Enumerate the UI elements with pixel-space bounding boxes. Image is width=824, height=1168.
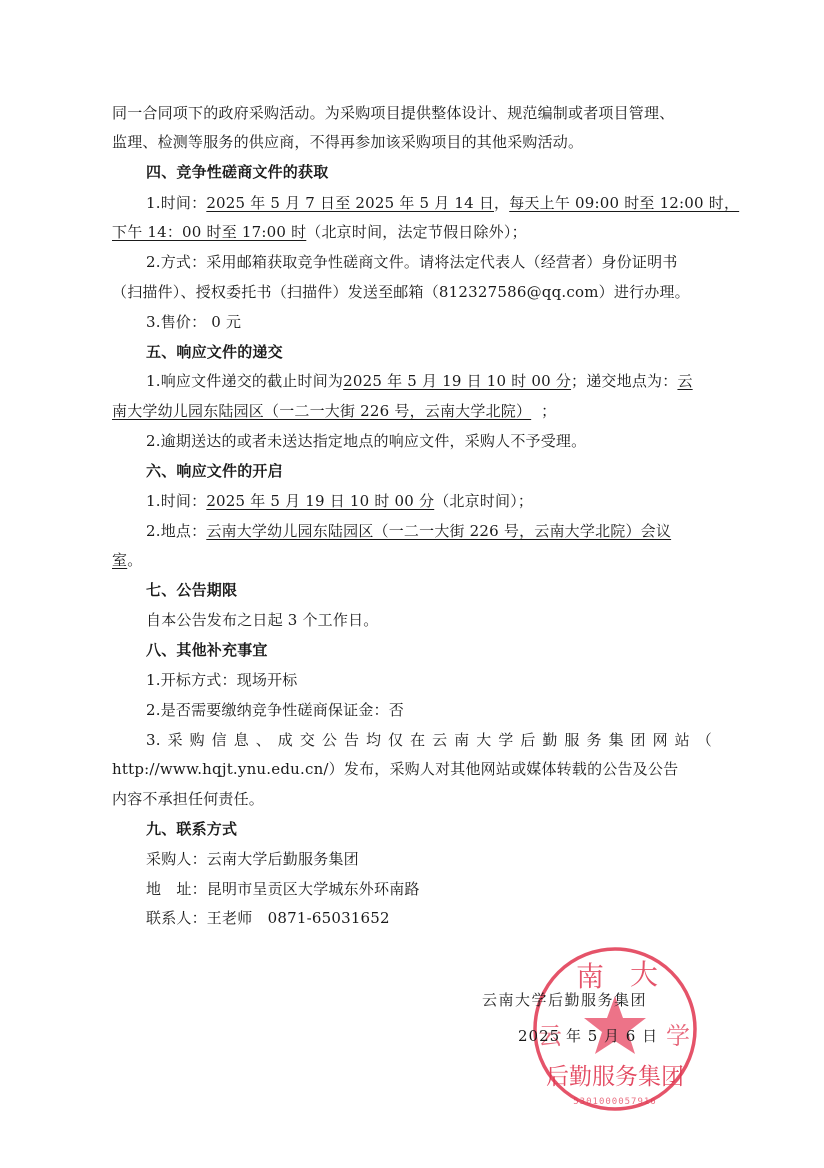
section-6-place-line-2: 室。 [112, 550, 712, 570]
section-9-title: 九、联系方式 [146, 819, 746, 839]
time-range: 2025 年 5 月 7 日至 2025 年 5 月 14 日 [206, 194, 494, 212]
open-place-prefix: 2.地点： [146, 522, 206, 540]
open-time-suffix: （北京时间）； [434, 492, 533, 510]
section-7-title: 七、公告期限 [146, 580, 746, 600]
contact-person: 联系人：王老师 0871-65031652 [146, 908, 746, 928]
contact-buyer: 采购人：云南大学后勤服务集团 [146, 849, 746, 869]
char: 3. [146, 730, 161, 750]
continuation-line-1: 同一合同项下的政府采购活动。为采购项目提供整体设计、规范编制或者项目管理、 [112, 103, 712, 123]
section-6-time: 1.时间：2025 年 5 月 19 日 10 时 00 分（北京时间）； [146, 491, 746, 511]
signature-org: 云南大学后勤服务集团 [482, 990, 647, 1010]
section-4-price: 3.售价： 0 元 [146, 312, 746, 332]
section-5-item-2: 2.逾期送达的或者未送达指定地点的响应文件，采购人不予受理。 [146, 431, 746, 451]
section-4-time-line: 1.时间：2025 年 5 月 7 日至 2025 年 5 月 14 日，每天上… [146, 193, 746, 213]
seal-char-top-right: 大 [630, 958, 658, 991]
section-6-place: 2.地点：云南大学幼儿园东陆园区（一二一大街 226 号，云南大学北院）会议 [146, 521, 746, 541]
section-4-method-line-2: （扫描件）、授权委托书（扫描件）发送至邮箱（812327586@qq.com）进… [112, 282, 712, 302]
char: 、 [256, 730, 271, 750]
open-place-value-end: 室 [112, 551, 127, 569]
char: 仅 [388, 730, 403, 750]
char: 采 [168, 730, 183, 750]
char: 南 [454, 730, 469, 750]
seal-bottom-text: 后勤服务集团 [546, 1064, 684, 1090]
section-5-item-1-line-2: 南大学幼儿园东陆园区（一二一大街 226 号，云南大学北院） ； [112, 401, 712, 421]
section-6-title: 六、响应文件的开启 [146, 461, 746, 481]
char: 云 [432, 730, 447, 750]
place-value: 南大学幼儿园东陆园区（一二一大街 226 号，云南大学北院） [112, 402, 531, 420]
open-place-value: 云南大学幼儿园东陆园区（一二一大街 226 号，云南大学北院）会议 [206, 522, 671, 540]
open-time-prefix: 1.时间： [146, 492, 206, 510]
section-4-method-line-1: 2.方式：采用邮箱获取竞争性磋商文件。请将法定代表人（经营者）身份证明书 [146, 252, 746, 272]
char: 团 [631, 730, 646, 750]
section-8-item-3-line-3: 内容不承担任何责任。 [112, 789, 712, 809]
time-afternoon: 下午 14：00 时至 17:00 时 [112, 223, 306, 241]
section-8-title: 八、其他补充事宜 [146, 640, 746, 660]
seal-char-top-left: 南 [576, 960, 604, 993]
section-7-text: 自本公告发布之日起 3 个工作日。 [146, 610, 746, 630]
time-prefix: 1.时间： [146, 194, 206, 212]
signature-date: 2025 年 5 月 6 日 [518, 1026, 658, 1046]
char: 告 [344, 730, 359, 750]
char: 成 [278, 730, 293, 750]
char: 购 [190, 730, 205, 750]
char: 交 [300, 730, 315, 750]
section-8-item-2: 2.是否需要缴纳竞争性磋商保证金：否 [146, 700, 746, 720]
char: 后 [520, 730, 535, 750]
deadline-prefix: 1.响应文件递交的截止时间为 [146, 372, 343, 390]
char: 在 [410, 730, 425, 750]
place-start: 云 [677, 372, 692, 390]
section-4-time-line-2: 下午 14：00 时至 17:00 时（北京时间，法定节假日除外）； [112, 222, 712, 242]
char: 集 [609, 730, 624, 750]
open-place-end: 。 [127, 551, 142, 569]
seal-char-right: 学 [666, 1022, 690, 1050]
section-8-item-1: 1.开标方式：现场开标 [146, 670, 746, 690]
char: 站 [675, 730, 690, 750]
section-8-item-3: 3.采购信息、成交公告均仅在云南大学后勤服务集团网站（ [146, 730, 712, 750]
char: 均 [366, 730, 381, 750]
section-5-item-1: 1.响应文件递交的截止时间为2025 年 5 月 19 日 10 时 00 分；… [146, 371, 746, 391]
char: 服 [564, 730, 579, 750]
open-time-value: 2025 年 5 月 19 日 10 时 00 分 [206, 492, 434, 510]
place-label: ；递交地点为： [571, 372, 677, 390]
deadline-value: 2025 年 5 月 19 日 10 时 00 分 [343, 372, 571, 390]
char: 大 [476, 730, 491, 750]
char: 信 [212, 730, 227, 750]
time-suffix: （北京时间，法定节假日除外）； [306, 223, 527, 241]
char: 勤 [542, 730, 557, 750]
time-morning: 每天上午 09:00 时至 12:00 时， [509, 194, 739, 212]
time-sep: ， [494, 194, 509, 212]
continuation-line-2: 监理、检测等服务的供应商，不得再参加该采购项目的其他采购活动。 [112, 132, 712, 152]
char: 息 [234, 730, 249, 750]
char: 务 [586, 730, 601, 750]
section-4-title: 四、竞争性磋商文件的获取 [146, 162, 746, 182]
section-5-title: 五、响应文件的递交 [146, 342, 746, 362]
contact-address: 地 址：昆明市呈贡区大学城东外环南路 [146, 879, 746, 899]
char: （ [697, 730, 712, 750]
char: 网 [653, 730, 668, 750]
section-8-item-3-line-2: http://www.hqjt.ynu.edu.cn/）发布，采购人对其他网站或… [112, 759, 712, 779]
char: 公 [322, 730, 337, 750]
seal-serial: 5301000057916 [573, 1097, 656, 1107]
place-end: ； [541, 402, 556, 420]
document-page: 同一合同项下的政府采购活动。为采购项目提供整体设计、规范编制或者项目管理、 监理… [0, 0, 824, 1168]
char: 学 [498, 730, 513, 750]
